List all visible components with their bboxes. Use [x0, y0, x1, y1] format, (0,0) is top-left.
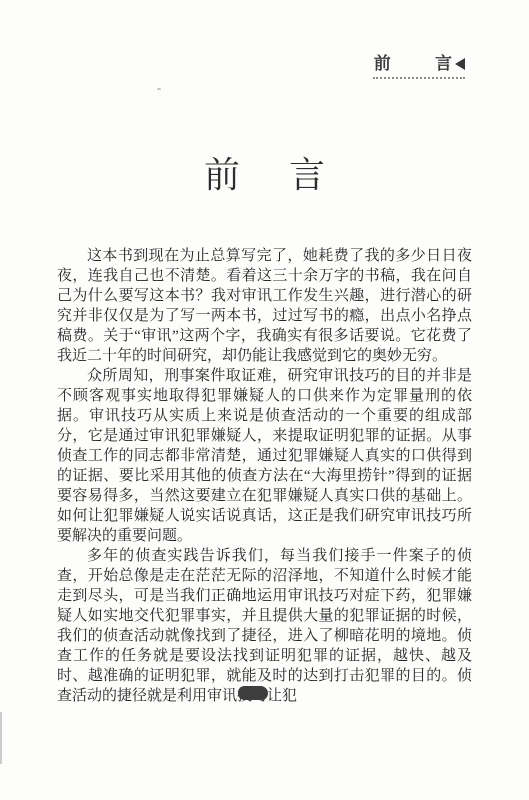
header-dotted-rule	[373, 77, 465, 79]
left-triangle-icon	[455, 58, 465, 70]
page-number-badge	[238, 686, 268, 700]
chapter-title: 前言	[0, 155, 529, 195]
preface-body: 这本书到现在为止总算写完了，她耗费了我的多少日日夜夜，连我自己也不清楚。看着这三…	[57, 246, 472, 706]
paragraph-3: 多年的侦查实践告诉我们，每当我们接手一件案子的侦查，开始总像是走在茫茫无际的沼泽…	[57, 546, 472, 706]
paragraph-1: 这本书到现在为止总算写完了，她耗费了我的多少日日夜夜，连我自己也不清楚。看着这三…	[57, 246, 472, 366]
paragraph-2: 众所周知，刑事案件取证难，研究审讯技巧的目的并非是不顾客观事实地取得犯罪嫌疑人的…	[57, 366, 472, 546]
scan-edge-artifact	[0, 712, 2, 764]
running-header-title: 前言	[374, 54, 496, 73]
running-header: 前言	[373, 54, 465, 79]
chapter-title-text: 前言	[204, 155, 374, 195]
scan-speck-artifact	[157, 88, 161, 90]
book-page: 前言 前言 这本书到现在为止总算写完了，她耗费了我的多少日日夜夜，连我自己也不清…	[0, 0, 529, 800]
